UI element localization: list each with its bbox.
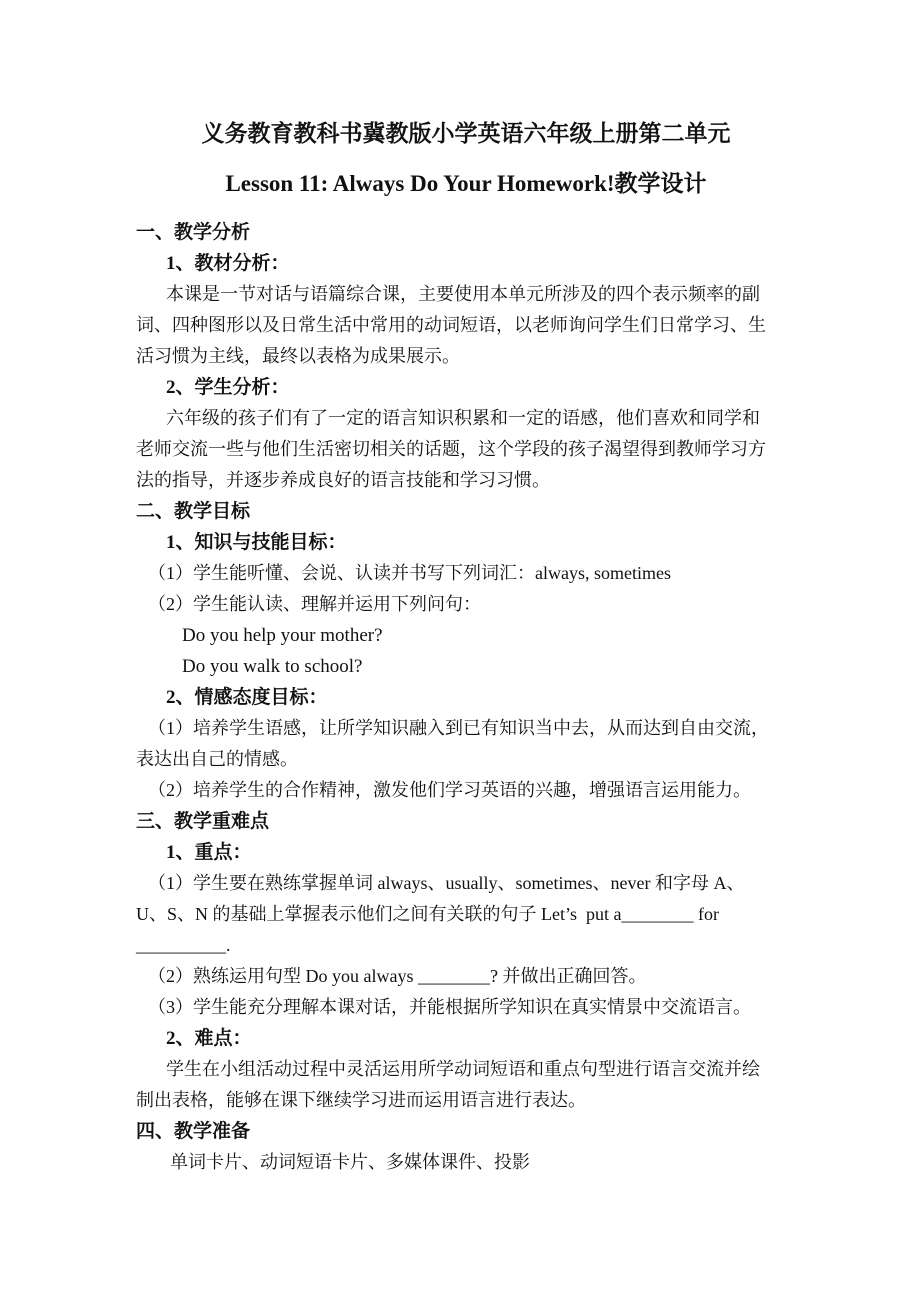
subheading-difficult-points: 2、难点： (136, 1023, 796, 1054)
paragraph-line: U、S、N 的基础上掌握表示他们之间有关联的句子 Let’s put a____… (136, 899, 796, 930)
subheading-textbook-analysis: 1、教材分析： (136, 248, 796, 279)
numbered-item-line: （3）学生能充分理解本课对话，并能根据所学知识在真实情景中交流语言。 (136, 992, 796, 1023)
paragraph-line: 制出表格，能够在课下继续学习进而运用语言进行表达。 (136, 1085, 796, 1116)
english-sentence-line: Do you help your mother? (136, 620, 796, 651)
numbered-item-line: （2）培养学生的合作精神，激发他们学习英语的兴趣，增强语言运用能力。 (136, 775, 796, 806)
section-4-heading: 四、教学准备 (136, 1116, 796, 1147)
subheading-knowledge-goals: 1、知识与技能目标： (136, 527, 796, 558)
section-2-heading: 二、教学目标 (136, 496, 796, 527)
english-sentence-line: Do you walk to school? (136, 651, 796, 682)
paragraph-line: 词、四种图形以及日常生活中常用的动词短语，以老师询问学生们日常学习、生 (136, 310, 796, 341)
paragraph-line: 本课是一节对话与语篇综合课，主要使用本单元所涉及的四个表示频率的副 (136, 279, 796, 310)
document-title: 义务教育教科书冀教版小学英语六年级上册第二单元 (136, 119, 796, 149)
paragraph-line: 活习惯为主线，最终以表格为成果展示。 (136, 341, 796, 372)
paragraph-line: 表达出自己的情感。 (136, 744, 796, 775)
document-body: 一、教学分析 1、教材分析： 本课是一节对话与语篇综合课，主要使用本单元所涉及的… (136, 217, 796, 1178)
lesson-title: Lesson 11: Always Do Your Homework!教学设计 (136, 169, 796, 199)
subheading-affective-goals: 2、情感态度目标： (136, 682, 796, 713)
numbered-item-line: （2）熟练运用句型 Do you always ________? 并做出正确回… (136, 961, 796, 992)
numbered-item-line: （1）学生能听懂、会说、认读并书写下列词汇：always, sometimes (136, 558, 796, 589)
section-1-heading: 一、教学分析 (136, 217, 796, 248)
preparation-list-line: 单词卡片、动词短语卡片、多媒体课件、投影 (136, 1147, 796, 1178)
document-page: 义务教育教科书冀教版小学英语六年级上册第二单元 Lesson 11: Alway… (0, 0, 920, 1302)
subheading-key-points: 1、重点： (136, 837, 796, 868)
numbered-item-line: （2）学生能认读、理解并运用下列问句： (136, 589, 796, 620)
paragraph-line: 六年级的孩子们有了一定的语言知识积累和一定的语感，他们喜欢和同学和 (136, 403, 796, 434)
section-3-heading: 三、教学重难点 (136, 806, 796, 837)
paragraph-line: 法的指导，并逐步养成良好的语言技能和学习习惯。 (136, 465, 796, 496)
subheading-student-analysis: 2、学生分析： (136, 372, 796, 403)
paragraph-line: 学生在小组活动过程中灵活运用所学动词短语和重点句型进行语言交流并绘 (136, 1054, 796, 1085)
document-text-column: 义务教育教科书冀教版小学英语六年级上册第二单元 Lesson 11: Alway… (136, 0, 796, 1178)
paragraph-line: 老师交流一些与他们生活密切相关的话题，这个学段的孩子渴望得到教师学习方 (136, 434, 796, 465)
numbered-item-line: （1）学生要在熟练掌握单词 always、usually、sometimes、n… (136, 868, 796, 899)
numbered-item-line: （1）培养学生语感，让所学知识融入到已有知识当中去，从而达到自由交流， (136, 713, 796, 744)
blank-underline-line: __________. (136, 930, 796, 961)
